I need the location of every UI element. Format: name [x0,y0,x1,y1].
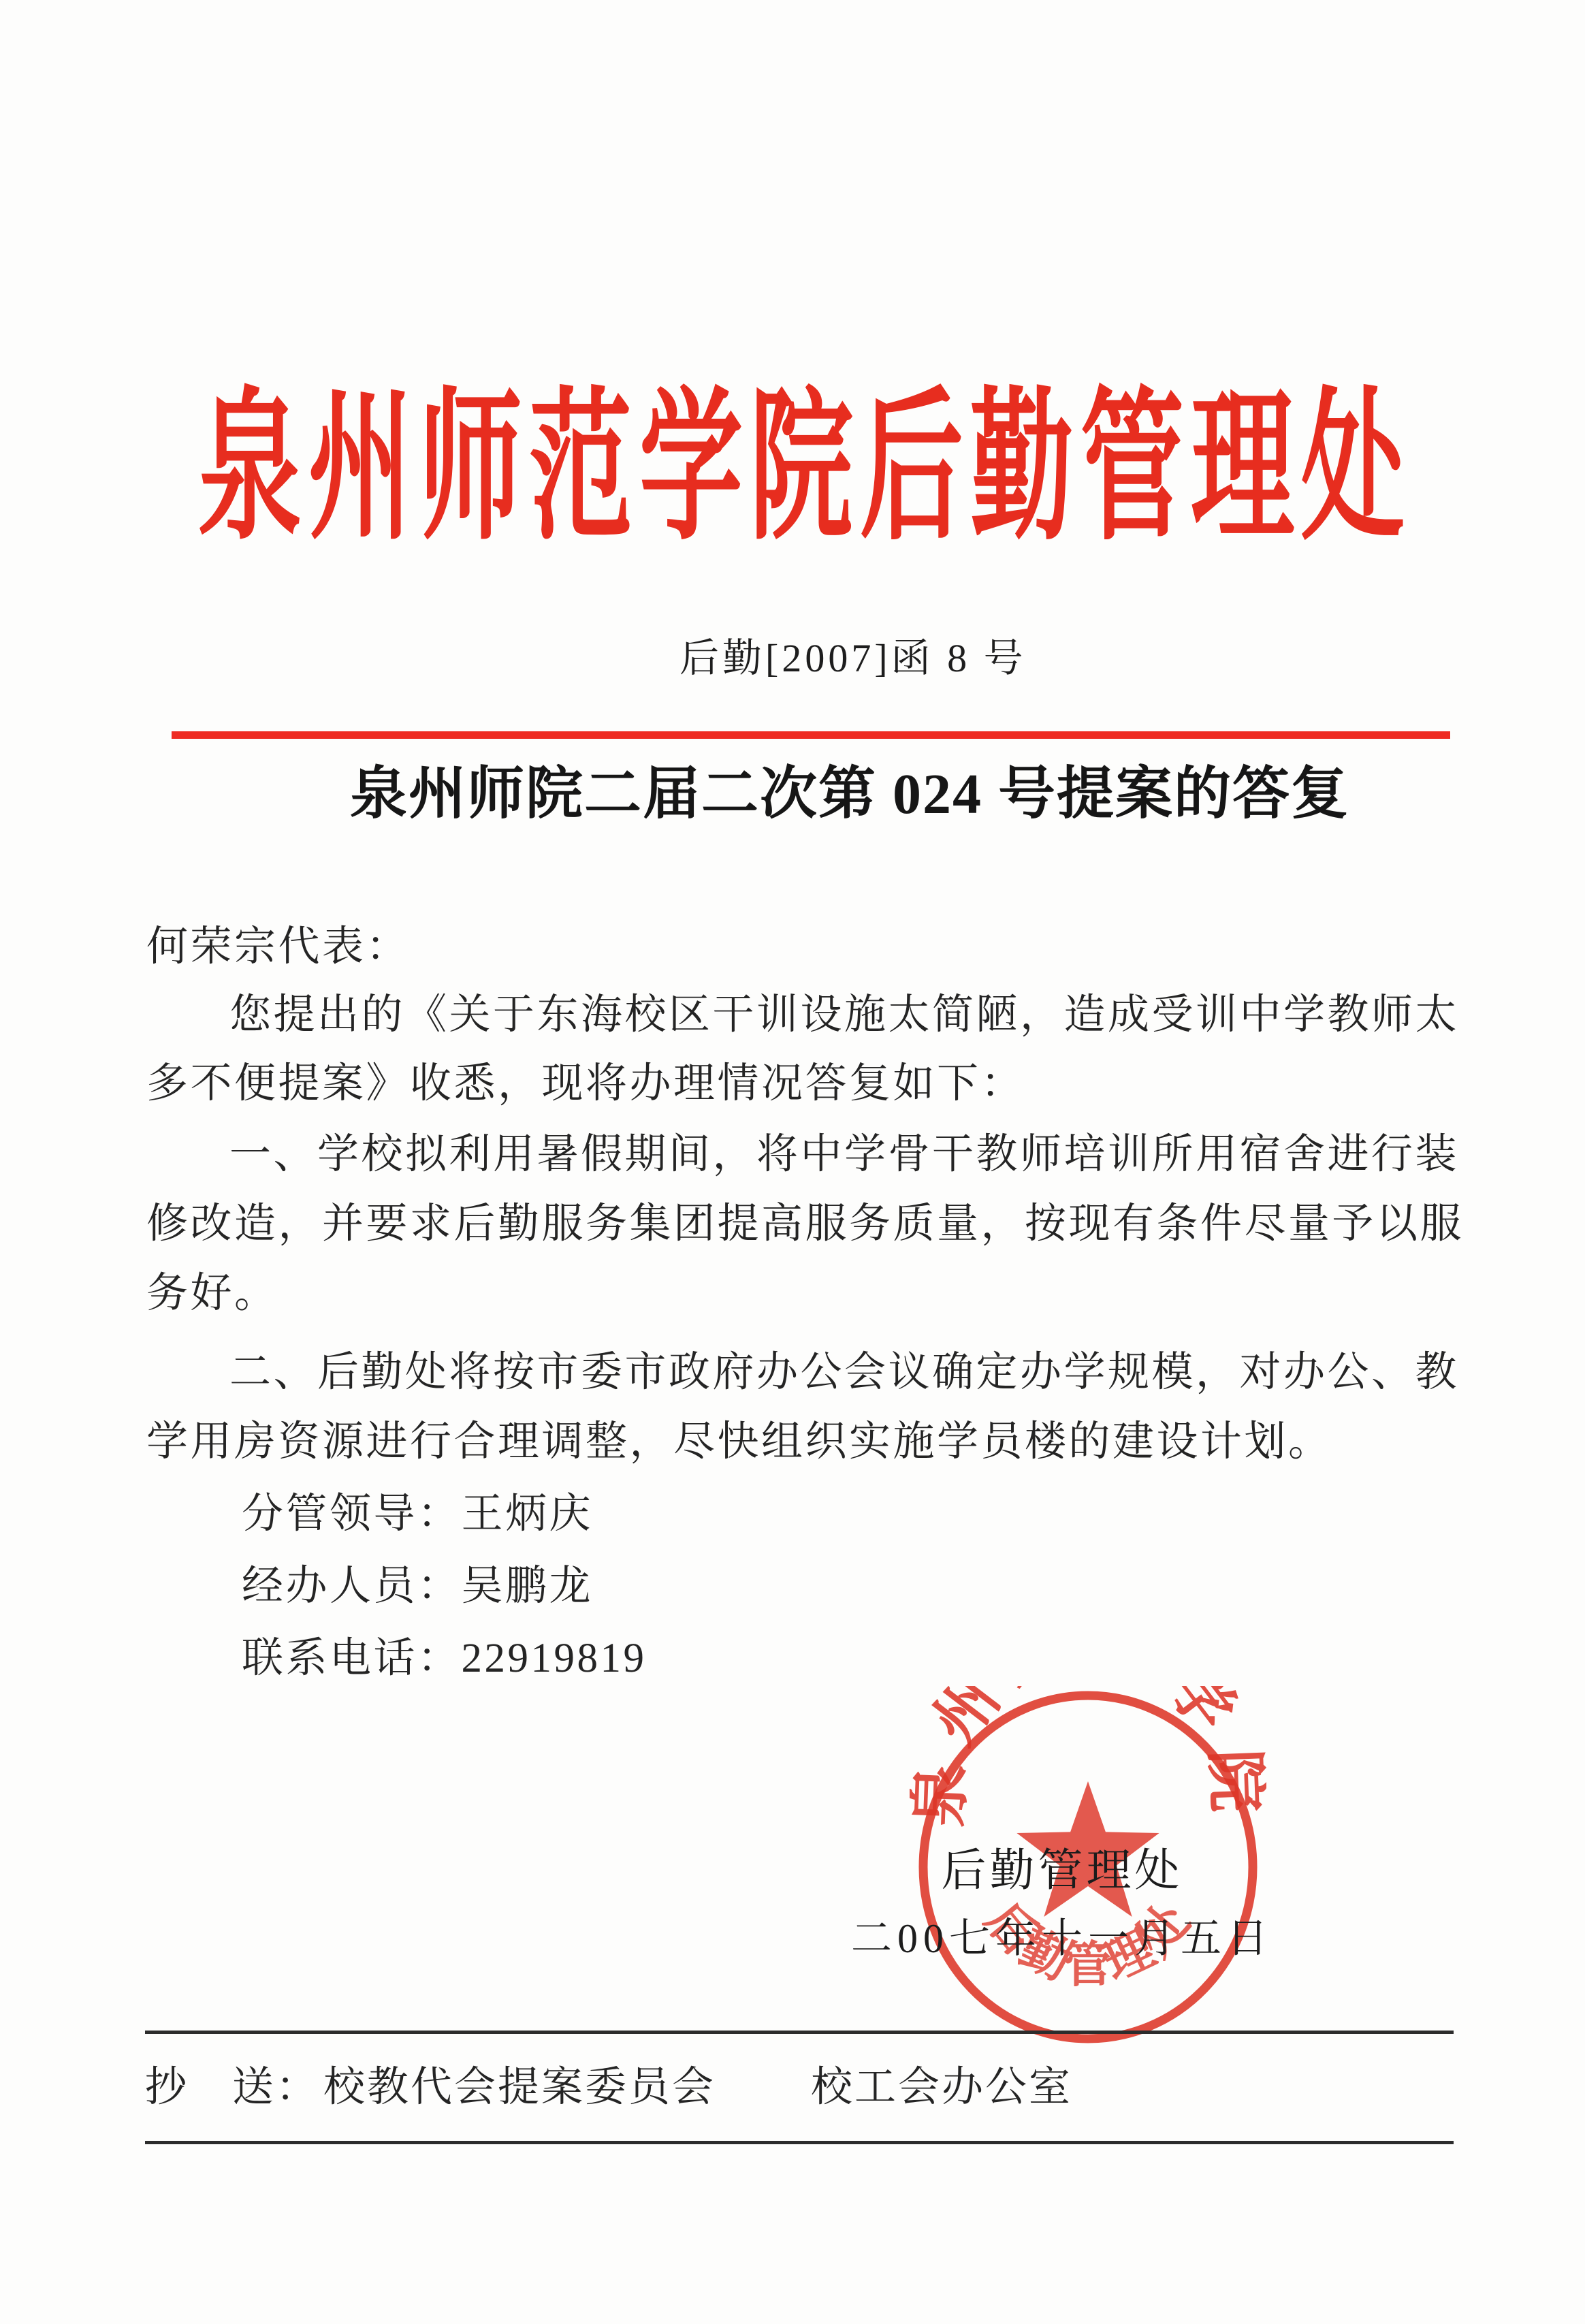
handler-line: 经办人员：吴鹏龙 [146,1562,593,1611]
letterhead-title: 泉州师范学院后勤管理处 [12,383,1585,555]
document-page: 泉州师范学院后勤管理处 后勤[2007]函 8 号 泉州师院二届二次第 024 … [0,0,1585,2324]
body-line: 您提出的《关于东海校区干训设施太简陋，造成受训中学教师太 [146,991,1459,1040]
cc-divider-bottom [145,2141,1454,2144]
cc-label: 抄 送： [145,2065,319,2110]
body-line: 修改造，并要求后勤服务集团提高服务质量，按现有条件尽量予以服 [146,1200,1464,1249]
subject-title: 泉州师院二届二次第 024 号提案的答复 [0,761,1585,828]
body-line: 务好。 [146,1269,278,1318]
cc-recipient: 校工会办公室 [811,2065,1072,2110]
cc-recipient: 校教代会提案委员会 [323,2065,716,2110]
body-line: 一、学校拟利用暑假期间，将中学骨干教师培训所用宿舍进行装 [146,1130,1459,1179]
body-line: 多不便提案》收悉，现将办理情况答复如下： [146,1060,1025,1109]
body-line: 二、后勤处将按市委市政府办公会议确定办学规模，对办公、教 [146,1348,1459,1397]
signature-date: 二00七年十一月五日 [797,1915,1328,1962]
contact-phone-line: 联系电话：22919819 [146,1634,647,1683]
cc-line: 抄 送：校教代会提案委员会校工会办公室 [145,2063,1072,2112]
salutation: 何荣宗代表： [146,923,410,972]
cc-divider-top [145,2031,1454,2034]
red-divider-line [172,731,1450,739]
responsible-leader-line: 分管领导：王炳庆 [146,1490,593,1539]
signature-department: 后勤管理处 [885,1845,1239,1897]
body-line: 学用房资源进行合理调整，尽快组织实施学员楼的建设计划。 [146,1418,1332,1467]
document-number: 后勤[2007]函 8 号 [679,635,1027,682]
